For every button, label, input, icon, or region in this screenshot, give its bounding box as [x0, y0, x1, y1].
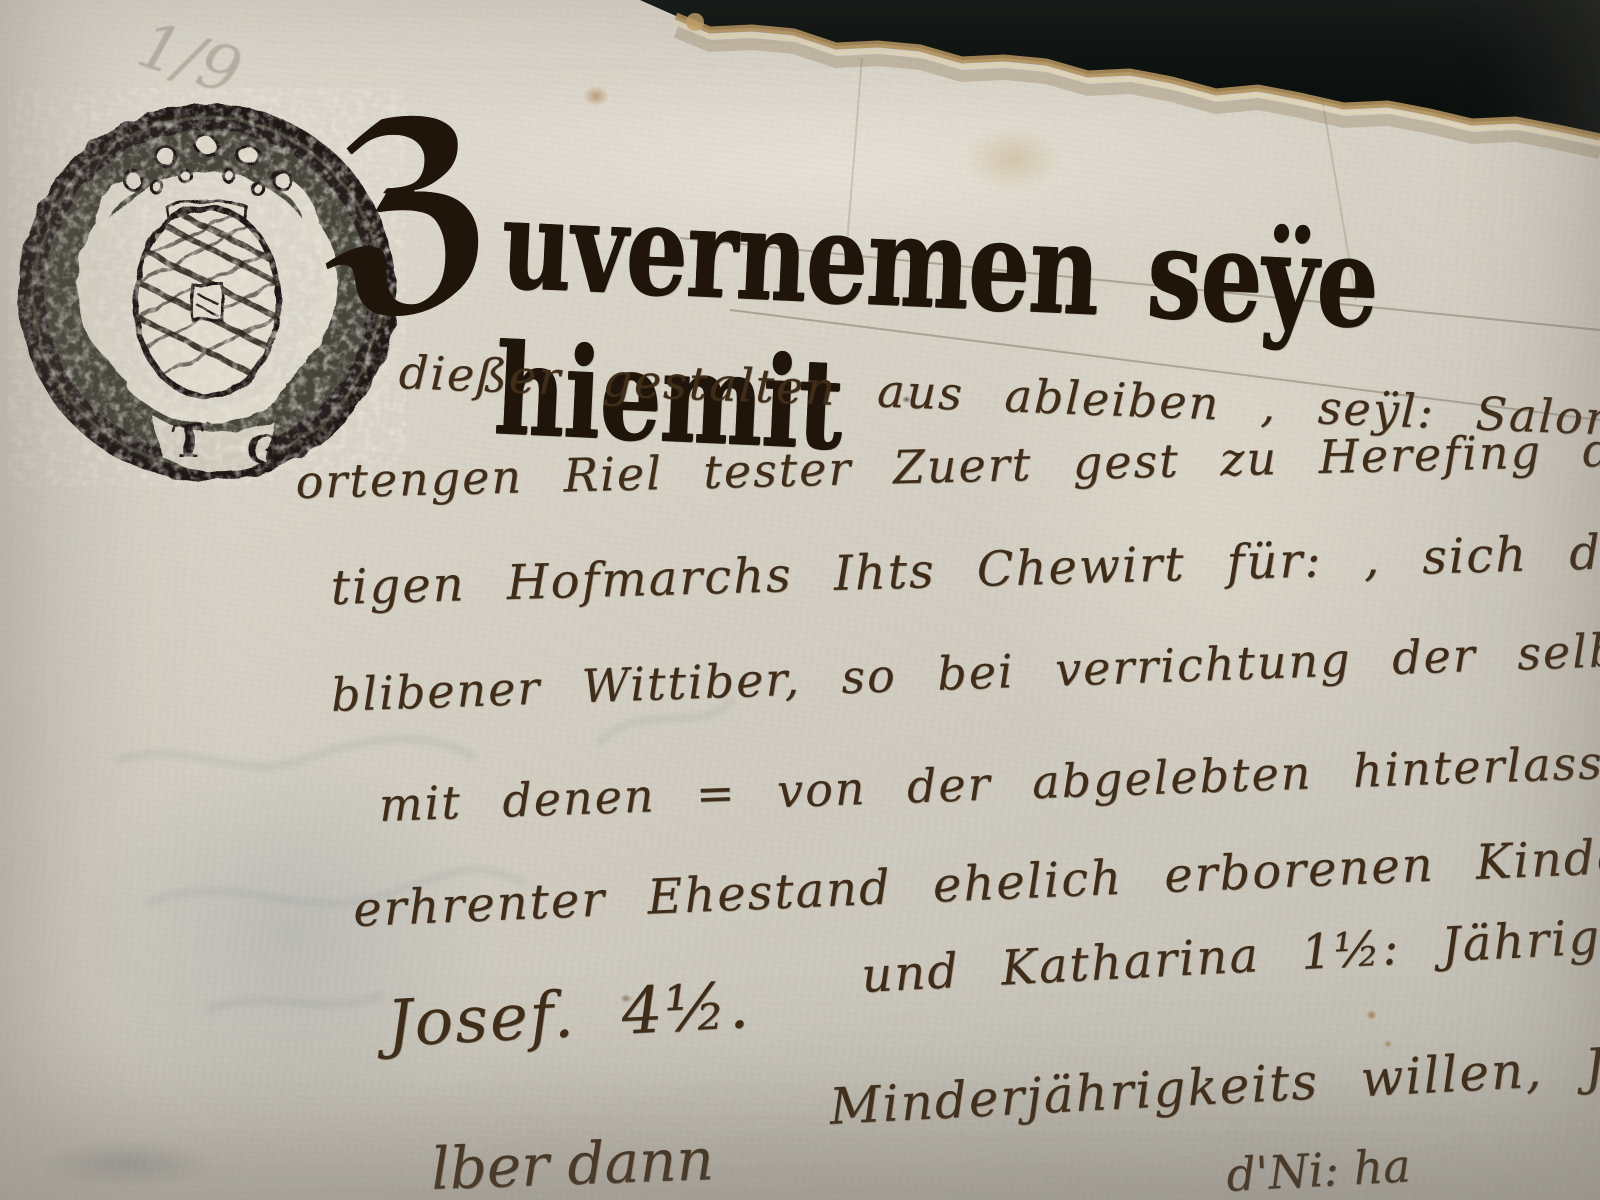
manuscript-line-9-left: lber dann	[430, 1125, 715, 1200]
manuscript-line-9-right: d'Ni: ha	[1225, 1138, 1412, 1200]
torn-top-edge	[0, 0, 1600, 240]
manuscript-photo: T G 1/9 ℨ uvernemen seÿe hiemit dießer g…	[0, 0, 1600, 1200]
torn-edge-fiber	[686, 13, 704, 31]
